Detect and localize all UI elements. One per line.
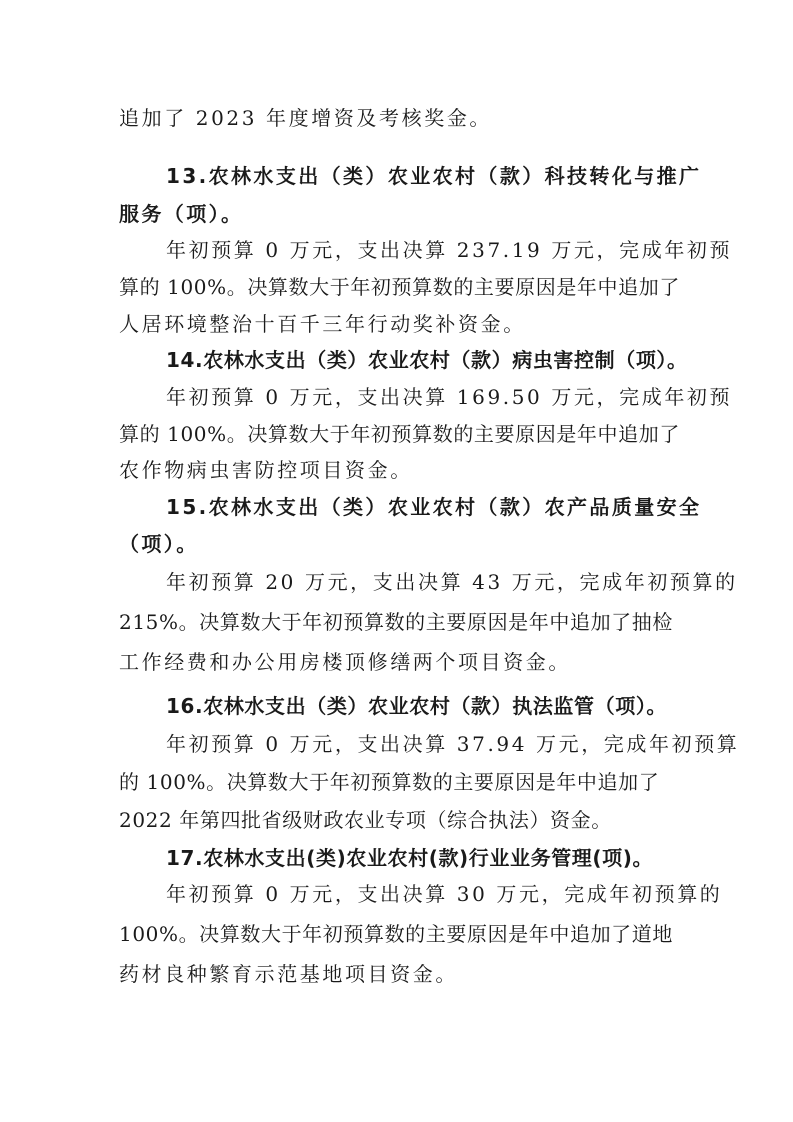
section-heading: 15.农林水支出（类）农业农村（款）农产品质量安全 <box>166 493 666 521</box>
section-body: 算的 100%。决算数大于年初预算数的主要原因是年中追加了 <box>119 273 667 301</box>
section-body: 工作经费和办公用房楼顶修缮两个项目资金。 <box>119 648 667 676</box>
continuation-text: 追加了 2023 年度增资及考核奖金。 <box>119 104 667 132</box>
section-body: 农作物病虫害防控项目资金。 <box>119 456 667 484</box>
section-body: 药材良种繁育示范基地项目资金。 <box>119 960 667 988</box>
section-heading: 14.农林水支出（类）农业农村（款）病虫害控制（项）。 <box>166 346 666 374</box>
section-body: 年初预算 0 万元，支出决算 169.50 万元，完成年初预 <box>166 383 666 411</box>
section-heading: 16.农林水支出（类）农业农村（款）执法监管（项）。 <box>166 692 666 720</box>
section-body: 年初预算 0 万元，支出决算 237.19 万元，完成年初预 <box>166 236 666 264</box>
section-heading: 服务（项）。 <box>119 200 667 228</box>
section-body: 年初预算 0 万元，支出决算 37.94 万元，完成年初预算 <box>166 730 666 758</box>
document-page: 追加了 2023 年度增资及考核奖金。 13.农林水支出（类）农业农村（款）科技… <box>0 0 793 1122</box>
section-heading: 13.农林水支出（类）农业农村（款）科技转化与推广 <box>166 162 666 190</box>
section-body: 的 100%。决算数大于年初预算数的主要原因是年中追加了 <box>119 768 667 796</box>
section-body: 年初预算 20 万元，支出决算 43 万元，完成年初预算的 <box>166 568 666 596</box>
section-body: 2022 年第四批省级财政农业专项（综合执法）资金。 <box>119 806 667 834</box>
section-body: 215%。决算数大于年初预算数的主要原因是年中追加了抽检 <box>119 608 667 636</box>
section-body: 算的 100%。决算数大于年初预算数的主要原因是年中追加了 <box>119 420 667 448</box>
section-body: 人居环境整治十百千三年行动奖补资金。 <box>119 310 667 338</box>
section-body: 年初预算 0 万元，支出决算 30 万元，完成年初预算的 <box>166 880 666 908</box>
section-heading: （项）。 <box>119 530 667 558</box>
section-body: 100%。决算数大于年初预算数的主要原因是年中追加了道地 <box>119 920 667 948</box>
section-heading: 17.农林水支出(类)农业农村(款)行业业务管理(项)。 <box>166 844 666 872</box>
